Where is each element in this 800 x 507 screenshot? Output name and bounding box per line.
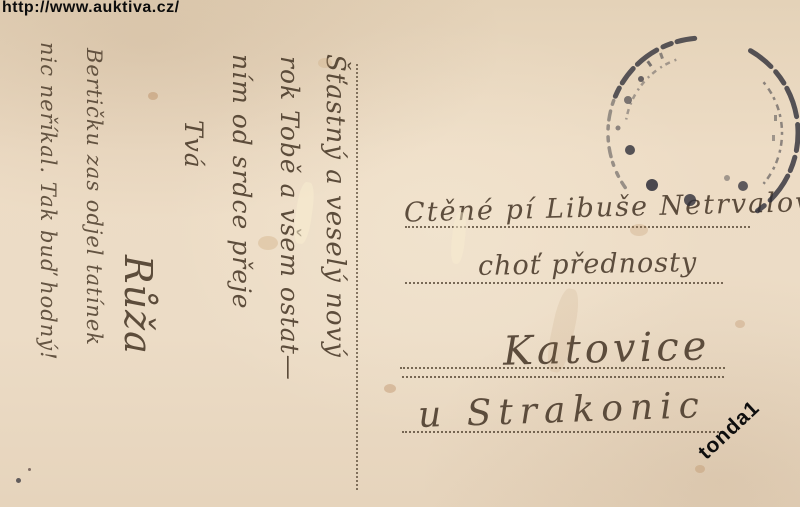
address-rule bbox=[405, 282, 723, 284]
stain-spot bbox=[148, 92, 158, 100]
stain-spot bbox=[318, 58, 332, 68]
ink-speck bbox=[16, 478, 21, 483]
address-rule bbox=[402, 376, 724, 378]
postmark-stamp-icon bbox=[598, 25, 800, 240]
auktiva-url-watermark: http://www.auktiva.cz/ bbox=[2, 0, 180, 17]
postscript-line: Bertičku zas odjel tatínek bbox=[60, 40, 106, 480]
stain-spot bbox=[258, 236, 278, 250]
handwritten-message: Šťastný a veselý nový rok Tobě a všem os… bbox=[0, 40, 350, 480]
postcard-back-scan: http://www.auktiva.cz/ Šťastný a veselý … bbox=[0, 0, 800, 507]
stain-spot bbox=[695, 465, 705, 473]
stain-spot bbox=[630, 224, 648, 236]
message-line: Šťastný a veselý nový bbox=[304, 40, 350, 480]
stain-spot bbox=[384, 384, 396, 393]
address-line-town: Katovice bbox=[502, 323, 710, 374]
postscript-line: nic neříkal. Tak buď hodný! bbox=[14, 40, 60, 480]
message-line: rok Tobě a všem ostat— bbox=[256, 40, 304, 480]
address-line-title: choť přednosty bbox=[478, 247, 698, 282]
signature: Růža bbox=[106, 40, 160, 480]
card-divider-rule bbox=[356, 64, 358, 490]
message-line: ním od srdce přeje bbox=[208, 40, 256, 480]
ink-speck bbox=[28, 468, 31, 471]
message-line: Tvá bbox=[160, 40, 208, 480]
stain-spot bbox=[735, 320, 745, 328]
address-line-district: u Strakonic bbox=[417, 385, 706, 436]
